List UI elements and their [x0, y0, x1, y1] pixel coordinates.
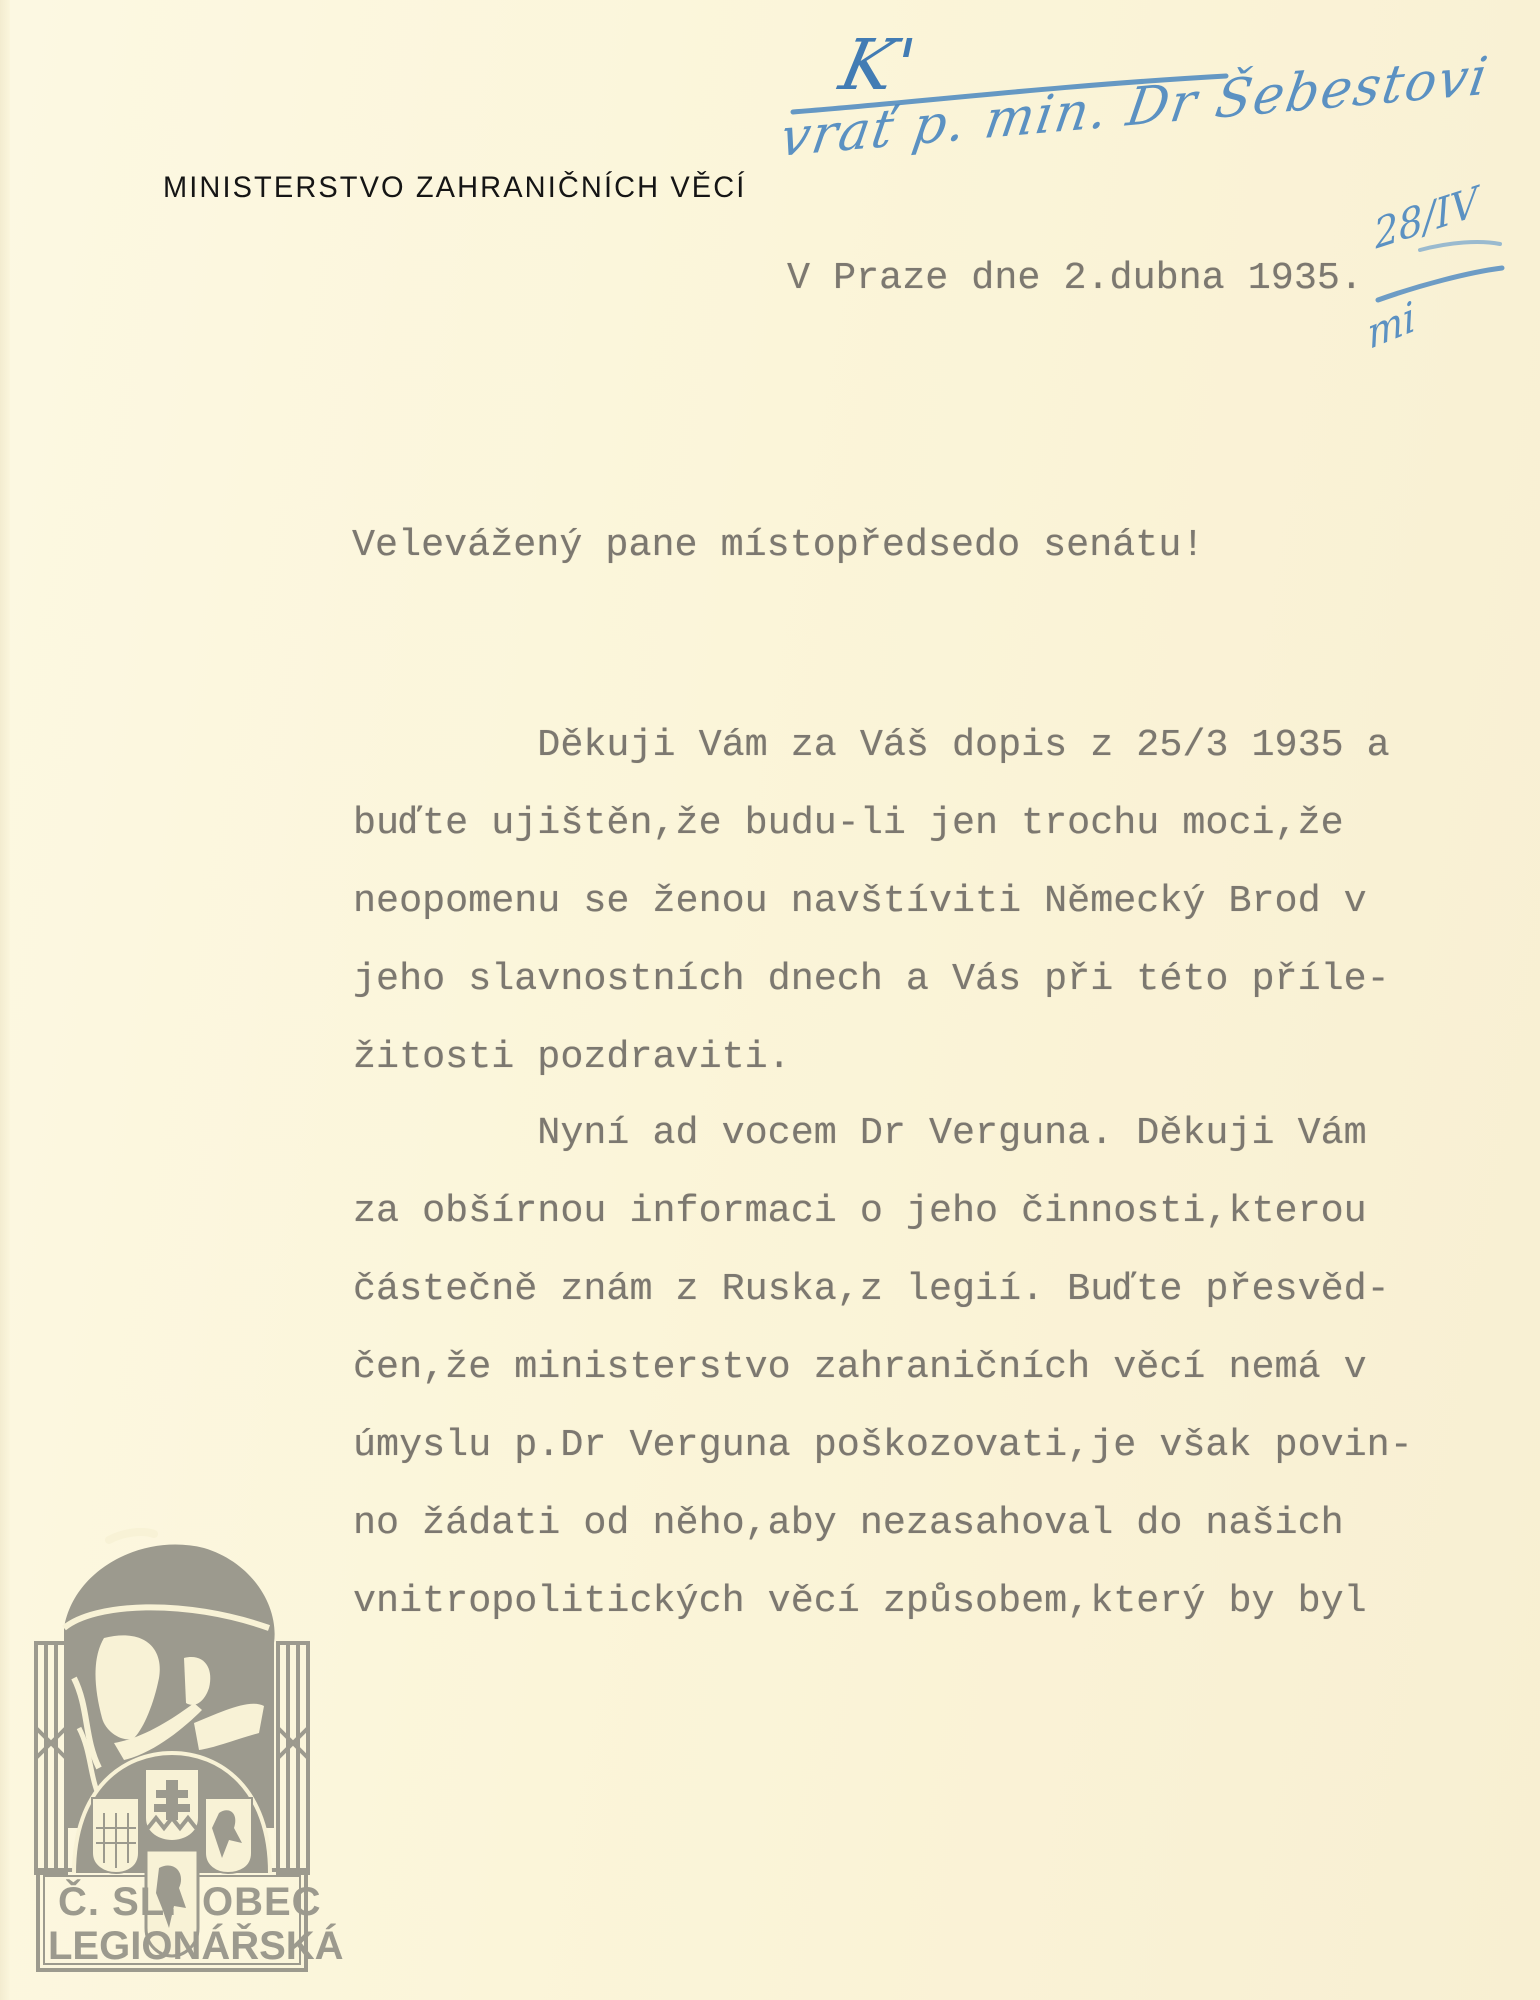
body-line: žitosti pozdraviti. [353, 1038, 791, 1076]
logo-text-csl: Č. SL. [58, 1880, 177, 1925]
salutation: Velevážený pane místopředsedo senátu! [352, 526, 1204, 564]
place-date: V Praze dne 2.dubna 1935. [787, 259, 1363, 297]
legion-logo: Č. SL. OBEC LEGIONÁŘSKÁ [34, 1528, 310, 1974]
body-line: Nyní ad vocem Dr Verguna. Děkuji Vám [353, 1114, 1367, 1152]
body-line: za obšírnou informaci o jeho činnosti,kt… [353, 1192, 1367, 1230]
body-line: buďte ujištěn,že budu-li jen trochu moci… [353, 804, 1344, 842]
body-line: částečně znám z Ruska,z legií. Buďte pře… [353, 1270, 1390, 1308]
page-edge [0, 0, 10, 2000]
body-line: neopomenu se ženou navštíviti Německý Br… [353, 882, 1367, 920]
letterhead-ministry: MINISTERSTVO ZAHRANIČNÍCH VĚCÍ [163, 172, 746, 206]
body-line: no žádati od něho,aby nezasahoval do naš… [353, 1504, 1344, 1542]
body-line: Děkuji Vám za Váš dopis z 25/3 1935 a [353, 726, 1390, 764]
body-line: jeho slavnostních dnech a Vás při této p… [353, 960, 1390, 998]
handwritten-mark: K' [833, 24, 922, 106]
body-line: vnitropolitických věcí způsobem,který by… [353, 1582, 1367, 1620]
body-line: čen,že ministerstvo zahraničních věcí ne… [353, 1348, 1367, 1386]
logo-text-legionarska: LEGIONÁŘSKÁ [48, 1924, 344, 1969]
logo-text-obec: OBEC [202, 1880, 322, 1925]
body-line: úmyslu p.Dr Verguna poškozovati,je však … [353, 1426, 1413, 1464]
handwritten-date: 28/IV [1372, 178, 1481, 258]
handwritten-initials: mi [1365, 293, 1418, 359]
